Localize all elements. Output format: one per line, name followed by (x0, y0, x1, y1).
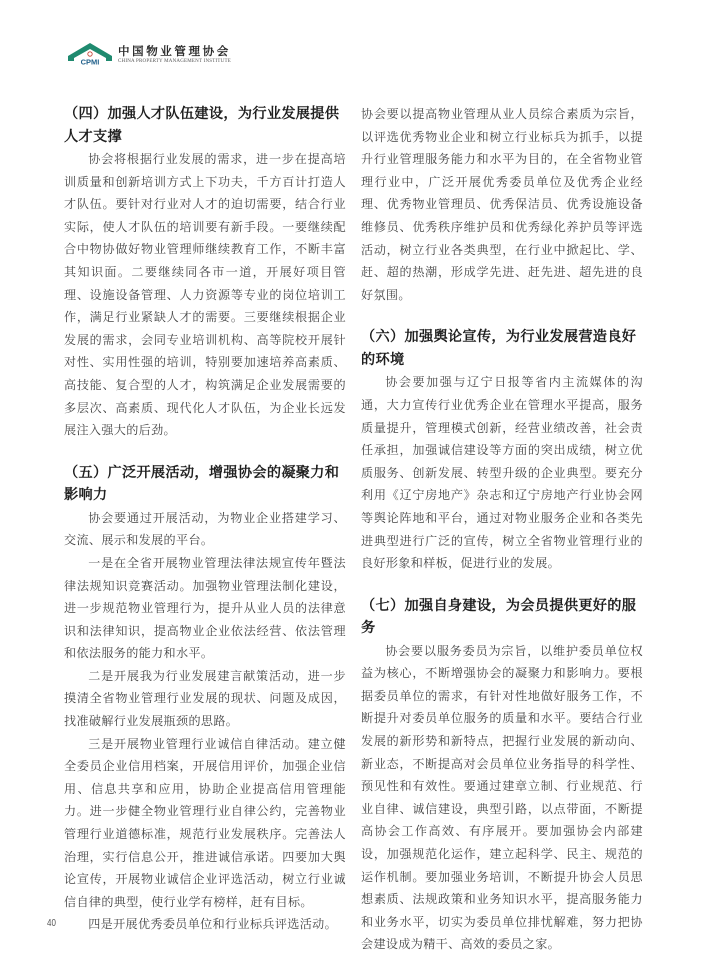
section-heading-6: （六）加强舆论宣传，为行业发展营造良好的环境 (361, 326, 643, 371)
page-number: 40 (47, 918, 56, 929)
section-5-paragraph-1: 一是在全省开展物业管理法律法规宣传年暨法律法规知识竞赛活动。加强物业管理法制化建… (64, 552, 346, 665)
right-column: 协会要以提高物业管理从业人员综合素质为宗旨，以评选优秀物业企业和树立行业标兵为抓… (361, 103, 643, 956)
section-6-paragraph: 协会要加强与辽宁日报等省内主流媒体的沟通，大力宣传行业优秀企业在管理水平提高，服… (361, 371, 643, 574)
section-5-paragraph-2: 二是开展我为行业发展建言献策活动，进一步摸清全省物业管理行业发展的现状、问题及成… (64, 665, 346, 733)
left-column: （四）加强人才队伍建设，为行业发展提供人才支撑 协会将根据行业发展的需求，进一步… (64, 103, 346, 936)
section-heading-4: （四）加强人才队伍建设，为行业发展提供人才支撑 (64, 103, 346, 148)
section-4-paragraph: 协会将根据行业发展的需求，进一步在提高培训质量和创新培训方式上下功夫，千方百计打… (64, 148, 346, 442)
section-gap (361, 575, 643, 595)
org-name-cn: 中国物业管理协会 (118, 43, 231, 59)
continuation-paragraph: 协会要以提高物业管理从业人员综合素质为宗旨，以评选优秀物业企业和树立行业标兵为抓… (361, 103, 643, 306)
section-heading-7: （七）加强自身建设，为会员提供更好的服务 (361, 595, 643, 640)
section-7-paragraph: 协会要以服务委员为宗旨，以维护委员单位权益为核心，不断增强协会的凝聚力和影响力。… (361, 640, 643, 956)
section-5-paragraph-3: 三是开展物业管理行业诚信自律活动。建立健全委员企业信用档案，开展信用评价，加强企… (64, 733, 346, 914)
cpmi-logo-icon: CPMI (68, 42, 112, 66)
section-5-paragraph-4: 四是开展优秀委员单位和行业标兵评选活动。 (64, 913, 346, 936)
logo-text: CPMI (81, 58, 100, 67)
page-header: CPMI 中国物业管理协会 CHINA PROPERTY MANAGEMENT … (68, 40, 368, 70)
section-5-paragraph-intro: 协会要通过开展活动，为物业企业搭建学习、交流、展示和发展的平台。 (64, 507, 346, 552)
section-heading-5: （五）广泛开展活动，增强协会的凝聚力和影响力 (64, 462, 346, 507)
section-gap (64, 442, 346, 462)
section-gap (361, 306, 643, 326)
org-name-en: CHINA PROPERTY MANAGEMENT INSTITUTE (118, 59, 231, 64)
